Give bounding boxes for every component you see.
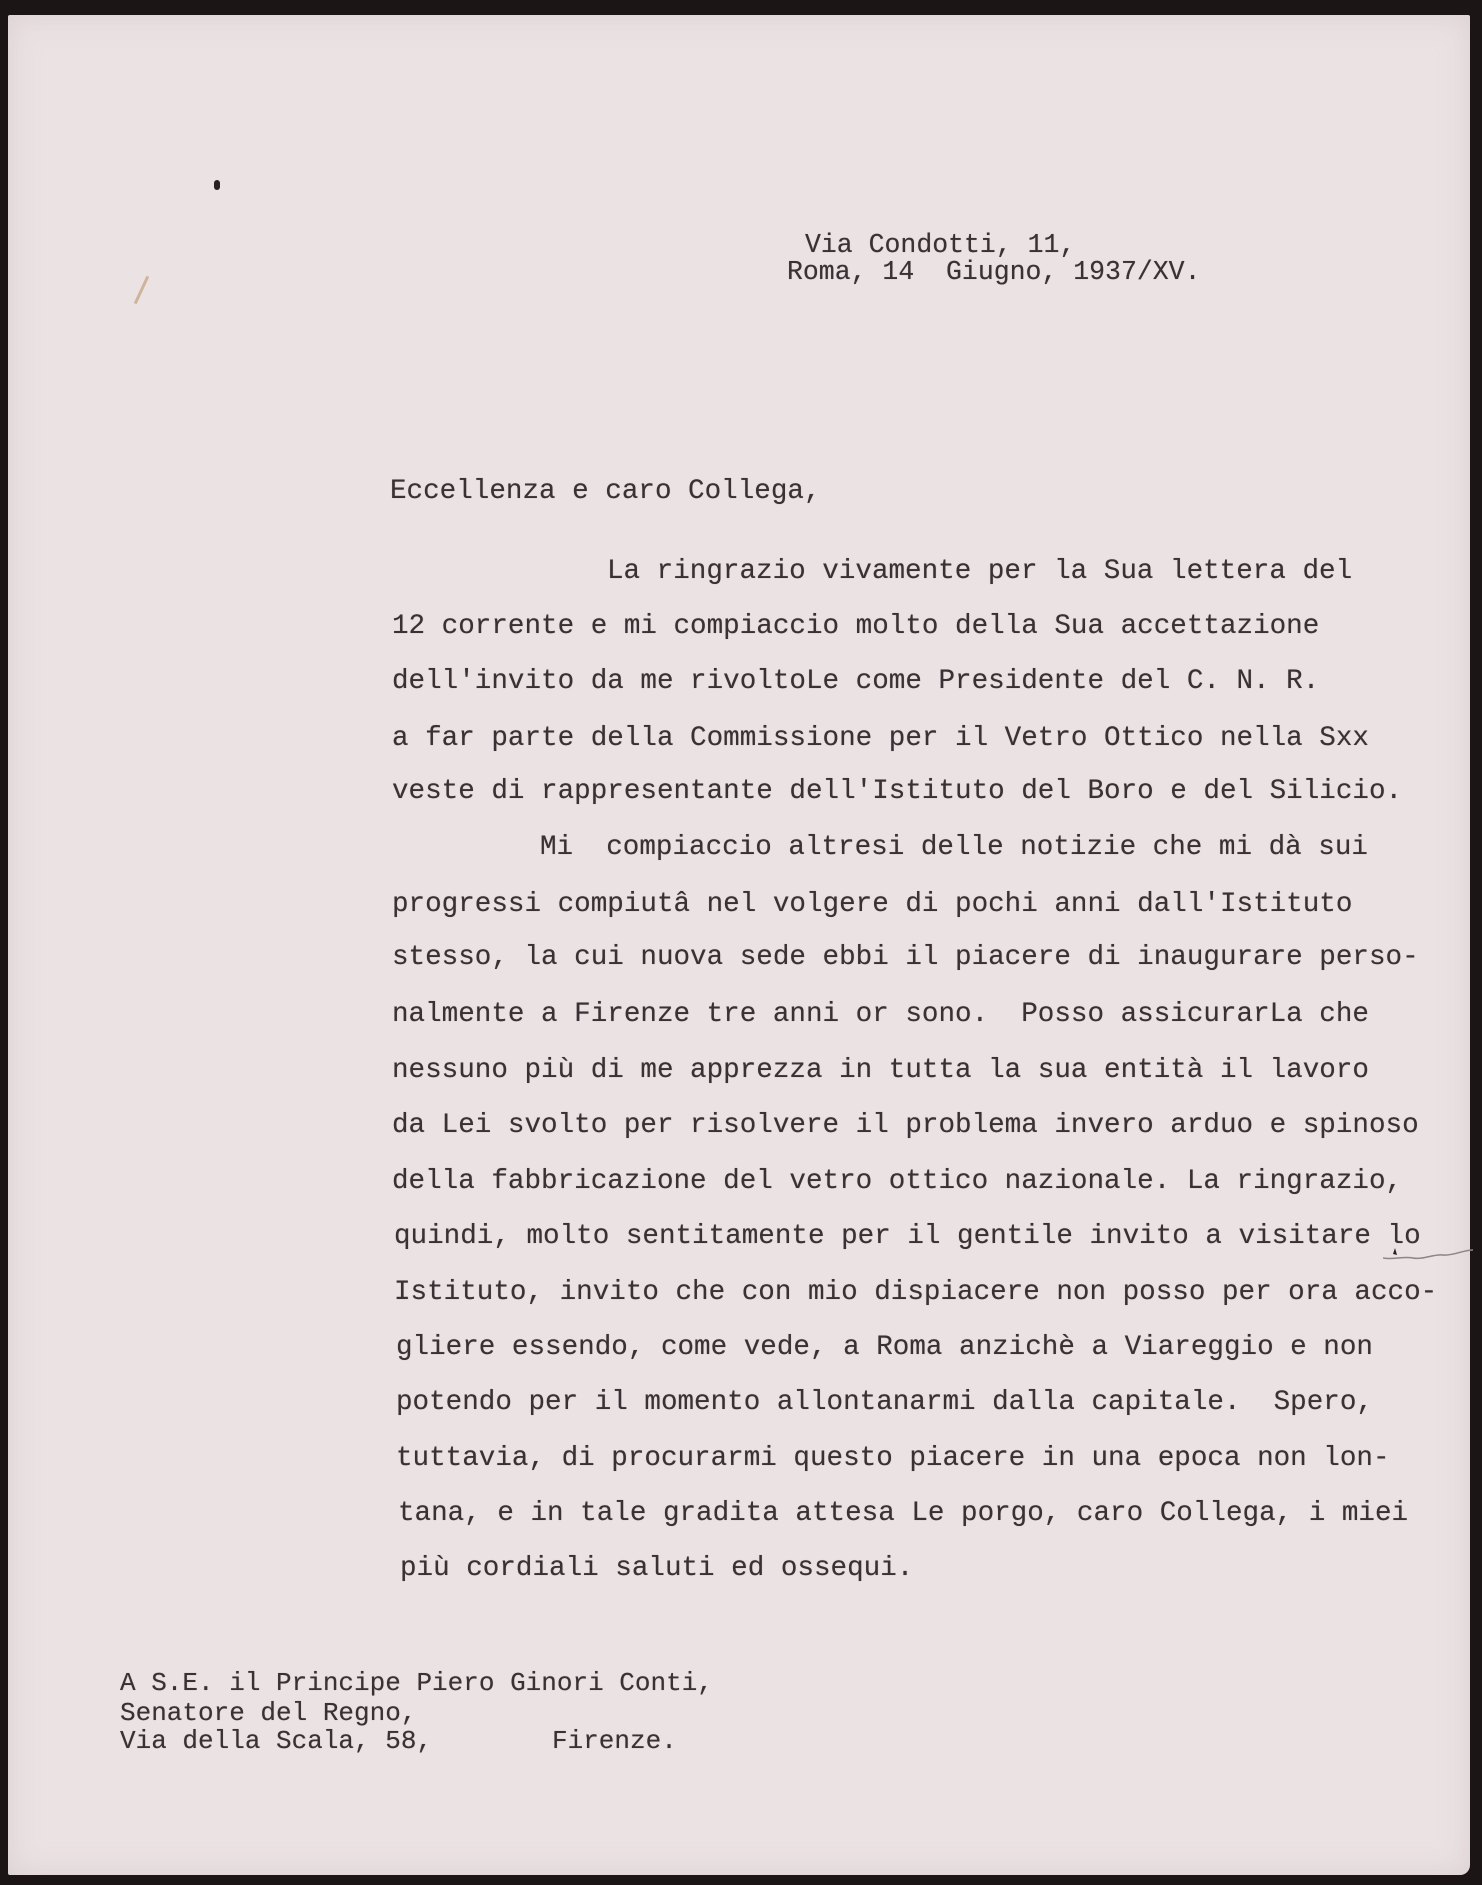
salutation: Eccellenza e caro Collega, — [390, 478, 821, 506]
recipient-line-2: Senatore del Regno, — [120, 1700, 416, 1726]
body-line: dell'invito da me rivoltoLe come Preside… — [392, 668, 1319, 696]
body-line: a far parte della Commissione per il Vet… — [392, 725, 1369, 753]
body-line: quindi, molto sentitamente per il gentil… — [394, 1223, 1421, 1251]
body-line: nessuno più di me apprezza in tutta la s… — [392, 1057, 1369, 1085]
body-line: gliere essendo, come vede, a Roma anzich… — [396, 1334, 1373, 1362]
letter-date: Roma, 14 Giugno, 1937/XV. — [787, 259, 1200, 286]
ink-spot-mark — [214, 180, 220, 190]
recipient-line-3: Via della Scala, 58, — [120, 1728, 432, 1754]
body-line: progressi compiutâ nel volgere di pochi … — [392, 891, 1352, 919]
body-line: da Lei svolto per risolvere il problema … — [392, 1112, 1419, 1140]
body-line: La ringrazio vivamente per la Sua letter… — [607, 558, 1352, 586]
body-line: tana, e in tale gradita attesa Le porgo,… — [398, 1500, 1408, 1528]
body-line: veste di rappresentante dell'Istituto de… — [392, 778, 1402, 806]
body-line: potendo per il momento allontanarmi dall… — [396, 1389, 1373, 1417]
recipient-city: Firenze. — [552, 1728, 677, 1754]
body-line: della fabbricazione del vetro ottico naz… — [392, 1168, 1402, 1196]
sender-street: Via Condotti, 11, — [805, 232, 1075, 259]
body-line: tuttavia, di procurarmi questo piacere i… — [396, 1445, 1390, 1473]
body-line: Istituto, invito che con mio dispiacere … — [394, 1279, 1437, 1307]
body-line: Mi compiaccio altresi delle notizie che … — [540, 834, 1368, 862]
body-line: 12 corrente e mi compiaccio molto della … — [392, 613, 1319, 641]
body-line: più cordiali saluti ed ossequi. — [400, 1555, 913, 1583]
paper-tear-mark — [1383, 1246, 1473, 1266]
body-line: stesso, la cui nuova sede ebbi il piacer… — [392, 944, 1419, 972]
body-line: nalmente a Firenze tre anni or sono. Pos… — [392, 1001, 1369, 1029]
recipient-line-1: A S.E. il Principe Piero Ginori Conti, — [120, 1670, 713, 1696]
